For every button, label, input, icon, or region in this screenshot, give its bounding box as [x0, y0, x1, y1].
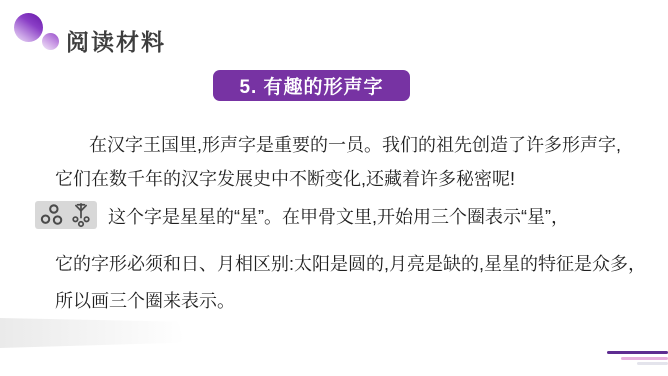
page-title: 阅读材料: [66, 24, 166, 57]
deco-line-dark-purple: [607, 351, 668, 354]
section-banner: 5. 有趣的形声字: [213, 70, 410, 101]
body-line-2: 它们在数千年的汉字发展史中不断变化,还藏着许多秘密呢!: [55, 165, 515, 191]
deco-line-gray: [637, 362, 668, 365]
logo-circle-large: [14, 13, 43, 42]
oracle-glyphs-box: [35, 201, 97, 229]
body-line-3: 这个字是星星的“星”。在甲骨文里,开始用三个圈表示“星”，: [108, 203, 569, 229]
section-banner-label: 5. 有趣的形声字: [239, 72, 383, 99]
logo-circle-small: [42, 33, 59, 50]
deco-line-pink: [621, 357, 668, 360]
bottom-left-wedge-decoration: [0, 318, 185, 348]
logo: [14, 13, 64, 53]
oracle-bone-star-sprout-icon: [69, 202, 93, 228]
slide-background: 阅读材料 5. 有趣的形声字 在汉字王国里,形声字是重要的一员。我们的祖先创造了…: [0, 0, 668, 376]
body-line-4: 它的字形必须和日、月相区别:太阳是圆的,月亮是缺的,星星的特征是众多，: [55, 250, 646, 276]
oracle-bone-star-three-circles-icon: [39, 203, 65, 227]
body-line-5: 所以画三个圈来表示。: [55, 287, 235, 313]
body-line-1: 在汉字王国里,形声字是重要的一员。我们的祖先创造了许多形声字,: [89, 131, 621, 157]
